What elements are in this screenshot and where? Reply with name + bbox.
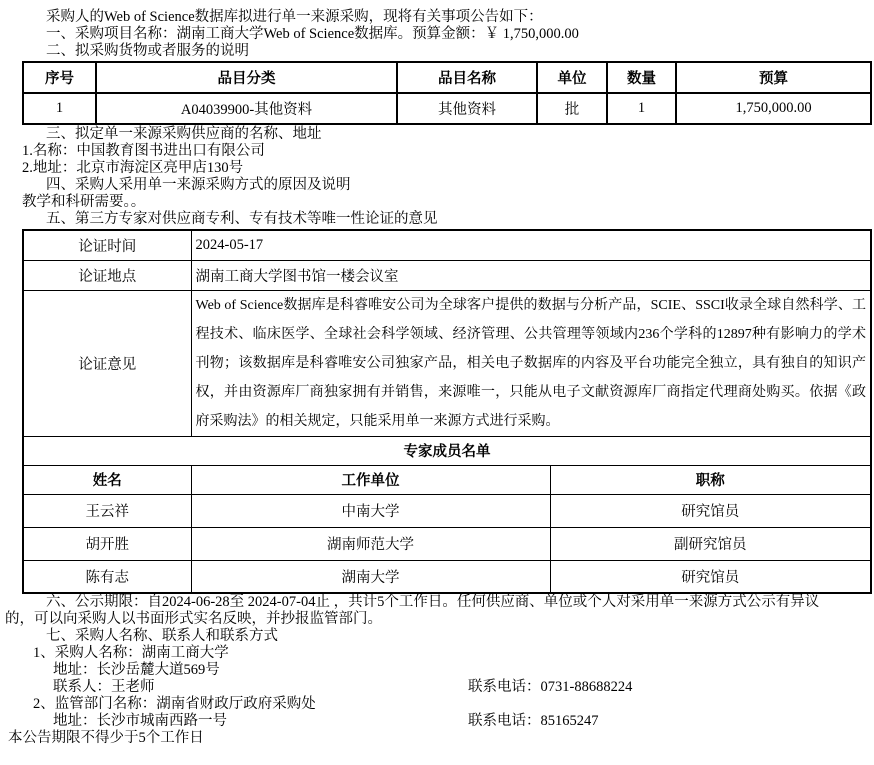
- purchaser-contact-line: 联系人：王老师 联系电话：0731-88688224: [0, 679, 874, 696]
- supplier-name-line: 1.名称：中国教育图书进出口有限公司: [0, 143, 874, 160]
- demonstration-time-value: 2024-05-17: [191, 230, 871, 260]
- header-cell-seq: 序号: [23, 62, 96, 93]
- demonstration-opinion-label: 论证意见: [23, 290, 191, 436]
- header-cell-item-name: 品目名称: [397, 62, 537, 93]
- section3-heading: 三、拟定单一来源采购供应商的名称、地址: [0, 126, 874, 143]
- demonstration-place-label: 论证地点: [23, 260, 191, 290]
- cell-category: A04039900-其他资料: [96, 93, 397, 124]
- demonstration-opinion-row: 论证意见 Web of Science数据库是科睿唯安公司为全球客户提供的数据与…: [23, 290, 871, 436]
- intro-line: 采购人的Web of Science数据库拟进行单一来源采购，现将有关事项公告如…: [0, 9, 874, 26]
- expert-title: 研究馆员: [550, 494, 871, 527]
- section4-reason-line: 教学和科研需要。。: [0, 194, 874, 211]
- purchaser-address-line: 地址：长沙岳麓大道569号: [0, 662, 874, 679]
- header-cell-unit: 单位: [537, 62, 607, 93]
- section4-heading: 四、采购人采用单一来源采购方式的原因及说明: [0, 177, 874, 194]
- section6-line-1: 六、公示期限：自2024-06-28至 2024-07-04止 ，共计5个工作日…: [0, 594, 874, 611]
- supplier-address-line: 2.地址：北京市海淀区亮甲店130号: [0, 160, 874, 177]
- expert-workunit: 中南大学: [191, 494, 550, 527]
- items-table-header-row: 序号 品目分类 品目名称 单位 数量 预算: [23, 62, 871, 93]
- experts-title-row: 专家成员名单: [23, 436, 871, 465]
- procurement-announcement-document: 采购人的Web of Science数据库拟进行单一来源采购，现将有关事项公告如…: [0, 0, 874, 765]
- regulator-address: 地址：长沙市城南西路一号: [53, 713, 227, 729]
- expert-header-workunit: 工作单位: [191, 465, 550, 494]
- expert-row: 胡开胜 湖南师范大学 副研究馆员: [23, 527, 871, 560]
- expert-row: 陈有志 湖南大学 研究馆员: [23, 560, 871, 593]
- demonstration-time-row: 论证时间 2024-05-17: [23, 230, 871, 260]
- expert-header-name: 姓名: [23, 465, 191, 494]
- purchaser-name-line: 1、采购人名称：湖南工商大学: [0, 645, 874, 662]
- regulator-address-line: 地址：长沙市城南西路一号 联系电话：85165247: [0, 713, 874, 730]
- header-cell-quantity: 数量: [607, 62, 676, 93]
- demonstration-opinion-value: Web of Science数据库是科睿唯安公司为全球客户提供的数据与分析产品，…: [191, 290, 871, 436]
- expert-workunit: 湖南大学: [191, 560, 550, 593]
- cell-unit: 批: [537, 93, 607, 124]
- demonstration-place-row: 论证地点 湖南工商大学图书馆一楼会议室: [23, 260, 871, 290]
- section7-heading: 七、采购人名称、联系人和联系方式: [0, 628, 874, 645]
- header-cell-category: 品目分类: [96, 62, 397, 93]
- expert-name: 王云祥: [23, 494, 191, 527]
- expert-workunit: 湖南师范大学: [191, 527, 550, 560]
- expert-title: 研究馆员: [550, 560, 871, 593]
- cell-budget: 1,750,000.00: [676, 93, 871, 124]
- demonstration-place-value: 湖南工商大学图书馆一楼会议室: [191, 260, 871, 290]
- cell-quantity: 1: [607, 93, 676, 124]
- expert-row: 王云祥 中南大学 研究馆员: [23, 494, 871, 527]
- section2-heading: 二、拟采购货物或者服务的说明: [0, 43, 874, 60]
- section1-project-name-line: 一、采购项目名称：湖南工商大学Web of Science数据库。预算金额：￥ …: [0, 26, 874, 43]
- experts-title: 专家成员名单: [23, 436, 871, 465]
- expert-name: 胡开胜: [23, 527, 191, 560]
- demonstration-and-experts-table: 论证时间 2024-05-17 论证地点 湖南工商大学图书馆一楼会议室 论证意见…: [22, 229, 872, 594]
- cell-item-name: 其他资料: [397, 93, 537, 124]
- expert-name: 陈有志: [23, 560, 191, 593]
- footer-note: 本公告期限不得少于5个工作日: [0, 730, 874, 747]
- expert-header-title: 职称: [550, 465, 871, 494]
- cell-seq: 1: [23, 93, 96, 124]
- table-row: 1 A04039900-其他资料 其他资料 批 1 1,750,000.00: [23, 93, 871, 124]
- expert-title: 副研究馆员: [550, 527, 871, 560]
- regulator-name-line: 2、监管部门名称：湖南省财政厅政府采购处: [0, 696, 874, 713]
- header-cell-budget: 预算: [676, 62, 871, 93]
- purchaser-contact-person: 联系人：王老师: [53, 679, 155, 695]
- purchaser-phone: 联系电话：0731-88688224: [468, 679, 632, 696]
- section6-line-2: 的，可以向采购人以书面形式实名反映，并抄报监管部门。: [0, 611, 874, 628]
- regulator-phone: 联系电话：85165247: [468, 713, 599, 730]
- items-table: 序号 品目分类 品目名称 单位 数量 预算 1 A04039900-其他资料 其…: [22, 61, 872, 125]
- section5-heading: 五、第三方专家对供应商专利、专有技术等唯一性论证的意见: [0, 211, 874, 228]
- experts-header-row: 姓名 工作单位 职称: [23, 465, 871, 494]
- demonstration-time-label: 论证时间: [23, 230, 191, 260]
